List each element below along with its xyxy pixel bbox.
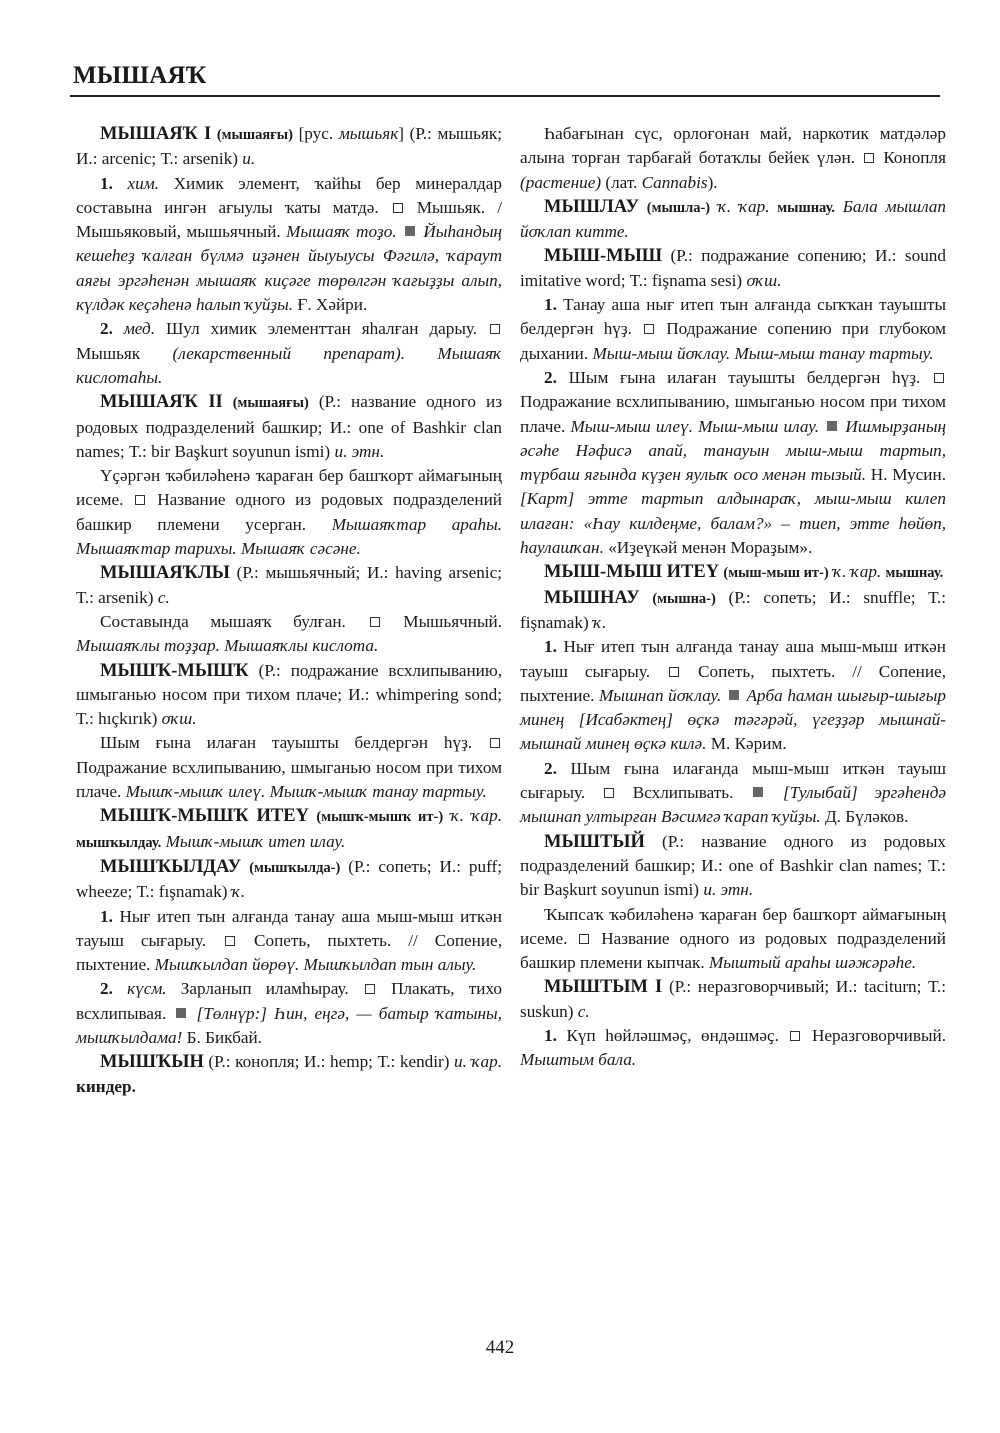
translation: Мышьяк — [76, 344, 140, 363]
page-number: 442 — [0, 1337, 1000, 1359]
translation-note: (лекарственный препарат). — [173, 344, 406, 363]
citation-author: М. Кәрим. — [711, 734, 787, 753]
filled-square-icon — [753, 787, 763, 797]
headword: МЫШТЫЙ — [544, 832, 645, 852]
sense: 1. Нығ итеп тын алғанда танау аша мыш-мы… — [520, 635, 946, 756]
dictionary-entry: МЫШТЫЙ (Р.: название одного из родовых п… — [520, 830, 946, 903]
headword: МЫШЛАУ — [544, 197, 639, 217]
part-of-speech: с. — [158, 588, 170, 607]
grammatical-form: (мышна-) — [652, 591, 716, 607]
grammatical-form: (мышаяғы) — [233, 395, 309, 411]
grammatical-form: (мыш-мыш ит-) — [723, 565, 828, 581]
headword: МЫШҠ-МЫШҠ ИТЕҮ — [100, 806, 309, 826]
dictionary-entry: МЫШ-МЫШ ИТЕҮ (мыш-мыш ит-) ҡ. ҡар. мышна… — [520, 560, 946, 585]
example: Мыштый араһы шәжәрәһе. — [709, 953, 916, 972]
sense-number: 1. — [100, 907, 113, 926]
etymology-close: ] — [398, 124, 404, 143]
cross-reference: мышнау. — [777, 200, 835, 216]
definition: Шул химик элементтан яһалған дарыу. — [166, 319, 477, 338]
grammatical-form: (мышҡылда-) — [249, 860, 340, 876]
filled-square-icon — [176, 1008, 186, 1018]
sense-number: 1. — [544, 295, 557, 314]
open-square-icon — [225, 936, 235, 946]
dictionary-entry: МЫШТЫМ I (Р.: неразговорчивый; И.: tacit… — [520, 975, 946, 1024]
open-square-icon — [365, 984, 375, 994]
sense: 1. хим. Химик элемент, ҡайһы бер минерал… — [76, 172, 502, 318]
open-square-icon — [669, 667, 679, 677]
sense: 1. Нығ итеп тын алғанда танау аша мыш-мы… — [76, 905, 502, 978]
open-square-icon — [370, 617, 380, 627]
header-rule — [70, 95, 940, 97]
example: Мышаяҡлы тоҙҙар. Мышаяҡлы кислота. — [76, 636, 378, 655]
dictionary-entry: МЫШ-МЫШ (Р.: подражание сопению; И.: sou… — [520, 244, 946, 293]
part-of-speech: ҡ. ҡар. — [833, 562, 881, 581]
part-of-speech: ҡ. ҡар. — [718, 197, 770, 216]
cross-reference: мышнау. — [886, 565, 944, 581]
definition-paragraph: Һабағынан сүс, орлоғонан май, наркотик м… — [520, 122, 946, 195]
sense: 2. күсм. Зарланып иламһырау. Плакать, ти… — [76, 977, 502, 1050]
sense: 2. Шым ғына илаған тауышты белдергән һүҙ… — [520, 366, 946, 560]
latin-label: (лат. — [605, 173, 637, 192]
translation: Всхлипывать. — [633, 783, 734, 802]
cross-reference: мышҡылдау. — [76, 835, 161, 851]
headword: МЫШАЯҠ I — [100, 124, 211, 144]
definition: Шым ғына илаған тауышты белдергән һүҙ. — [569, 368, 921, 387]
translation: Неразговорчивый. — [812, 1026, 946, 1045]
part-of-speech: ҡ. — [232, 882, 245, 901]
part-of-speech: ҡ. — [593, 613, 606, 632]
filled-square-icon — [729, 690, 739, 700]
open-square-icon — [135, 495, 145, 505]
definition-paragraph: Составында мышаяҡ булған. Мышьячный. Мыш… — [76, 610, 502, 659]
dictionary-entry: МЫШҠЫН (Р.: конопля; И.: hemp; Т.: kendi… — [76, 1050, 502, 1099]
etymology-word: мышьяк — [339, 124, 398, 143]
citation-author: Ғ. Хәйри. — [297, 295, 367, 314]
definition-paragraph: Шым ғына илаған тауышты белдергән һүҙ. П… — [76, 731, 502, 804]
headword: МЫШТЫМ I — [544, 977, 662, 997]
sense-number: 2. — [100, 979, 113, 998]
translation: Мышьячный. — [403, 612, 502, 631]
domain-label: мед. — [124, 319, 155, 338]
sense: 2. мед. Шул химик элементтан яһалған дар… — [76, 317, 502, 390]
sense-number: 2. — [544, 759, 557, 778]
definition: Зарланып иламһырау. — [181, 979, 349, 998]
headword: МЫШАЯҠЛЫ — [100, 563, 230, 583]
open-square-icon — [934, 373, 944, 383]
definition: Шым ғына илаған тауышты белдергән һүҙ. — [100, 733, 472, 752]
sense-number: 1. — [100, 174, 113, 193]
left-column: МЫШАЯҠ I (мышаяғы) [рус. мышьяк] (Р.: мы… — [76, 122, 502, 1099]
open-square-icon — [644, 324, 654, 334]
domain-label: хим. — [128, 174, 160, 193]
open-square-icon — [579, 934, 589, 944]
definition-paragraph: Үҫәргән ҡәбиләһенә ҡараған бер башҡорт а… — [76, 464, 502, 561]
example: Мышнап йоҡлау. — [599, 686, 721, 705]
sense-number: 1. — [544, 1026, 557, 1045]
domain-label: күсм. — [127, 979, 167, 998]
latin-name: Cannabis — [642, 173, 708, 192]
part-of-speech: ҡ. ҡар. — [451, 806, 502, 825]
part-of-speech: и. этн. — [334, 442, 384, 461]
translation: Конопля — [883, 148, 946, 167]
dictionary-entry: МЫШНАУ (мышна-) (Р.: сопеть; И.: snuffle… — [520, 586, 946, 636]
right-column: Һабағынан сүс, орлоғонан май, наркотик м… — [520, 122, 946, 1073]
sense: 1. Күп һөйләшмәҫ, өндәшмәҫ. Неразговорчи… — [520, 1024, 946, 1073]
example: Мыш-мыш йоҡлау. Мыш-мыш танау тартыу. — [592, 344, 933, 363]
grammatical-form: (мышҡ-мышҡ ит-) — [316, 809, 443, 825]
definition: Составында мышаяҡ булған. — [100, 612, 346, 631]
latin-close: ). — [708, 173, 718, 192]
etymology: [рус. — [299, 124, 339, 143]
part-of-speech: и. — [242, 149, 255, 168]
example: Мышаяҡ тоҙо. — [286, 222, 397, 241]
dictionary-entry: МЫШАЯҠ II (мышаяғы) (Р.: название одного… — [76, 390, 502, 464]
sense-number: 2. — [544, 368, 557, 387]
headword: МЫШҠЫЛДАУ — [100, 857, 241, 877]
dictionary-entry: МЫШҠ-МЫШҠ (Р.: подражание всхлипыванию, … — [76, 659, 502, 732]
sense-number: 2. — [100, 319, 113, 338]
open-square-icon — [490, 738, 500, 748]
headword: МЫШНАУ — [544, 588, 640, 608]
example: Мышҡ-мышҡ илеү. Мышҡ-мышҡ танау тартыу. — [126, 782, 487, 801]
dictionary-entry: МЫШАЯҠЛЫ (Р.: мышьячный; И.: having arse… — [76, 561, 502, 610]
headword: МЫШҠ-МЫШҠ — [100, 661, 249, 681]
open-square-icon — [490, 324, 500, 334]
citation-author: Б. Бикбай. — [187, 1028, 262, 1047]
citation-author: Д. Бүләков. — [825, 807, 908, 826]
dictionary-entry: МЫШҠЫЛДАУ (мышҡылда-) (Р.: сопеть; И.: p… — [76, 855, 502, 905]
example: Мыштым бала. — [520, 1050, 636, 1069]
open-square-icon — [393, 203, 403, 213]
sense: 1. Танау аша нығ итеп тын алғанда сыҡҡан… — [520, 293, 946, 366]
part-of-speech: и. ҡар. — [454, 1052, 502, 1071]
example: Мышҡ-мышҡ итеп илау. — [166, 832, 346, 851]
sense: 2. Шым ғына илағанда мыш-мыш иткән тауыш… — [520, 757, 946, 830]
headword: МЫШАЯҠ II — [100, 392, 223, 412]
example: Мышҡылдап йөрөү. Мышҡылдап тын алыу. — [155, 955, 477, 974]
example: Мыш-мыш илеү. Мыш-мыш илау. — [570, 417, 819, 436]
filled-square-icon — [405, 226, 415, 236]
open-square-icon — [790, 1031, 800, 1041]
translation-note: (растение) — [520, 173, 601, 192]
citation-author: Н. Мусин. — [871, 465, 946, 484]
part-of-speech: оҡш. — [746, 271, 781, 290]
cross-reference: киндер. — [76, 1077, 136, 1096]
headword: МЫШ-МЫШ ИТЕҮ — [544, 562, 719, 582]
open-square-icon — [864, 153, 874, 163]
open-square-icon — [604, 788, 614, 798]
part-of-speech: оҡш. — [162, 709, 197, 728]
citation-author: «Иҙеүкәй менән Мораҙым». — [608, 538, 812, 557]
running-head: МЫШАЯҠ — [73, 62, 207, 90]
equivalents: (Р.: конопля; И.: hemp; Т.: kendir) — [208, 1052, 449, 1071]
grammatical-form: (мышаяғы) — [217, 127, 293, 143]
definition: Күп һөйләшмәҫ, өндәшмәҫ. — [566, 1026, 778, 1045]
dictionary-entry: МЫШҠ-МЫШҠ ИТЕҮ (мышҡ-мышҡ ит-) ҡ. ҡар. м… — [76, 804, 502, 855]
filled-square-icon — [827, 421, 837, 431]
dictionary-entry: МЫШАЯҠ I (мышаяғы) [рус. мышьяк] (Р.: мы… — [76, 122, 502, 172]
part-of-speech: и. этн. — [703, 880, 753, 899]
definition-paragraph: Ҡыпсаҡ ҡәбиләһенә ҡараған бер башҡорт ай… — [520, 903, 946, 976]
headword: МЫШҠЫН — [100, 1052, 204, 1072]
part-of-speech: с. — [578, 1002, 590, 1021]
dictionary-entry: МЫШЛАУ (мышла-) ҡ. ҡар. мышнау. Бала мыш… — [520, 195, 946, 245]
sense-number: 1. — [544, 637, 557, 656]
grammatical-form: (мышла-) — [647, 200, 710, 216]
headword: МЫШ-МЫШ — [544, 246, 662, 266]
